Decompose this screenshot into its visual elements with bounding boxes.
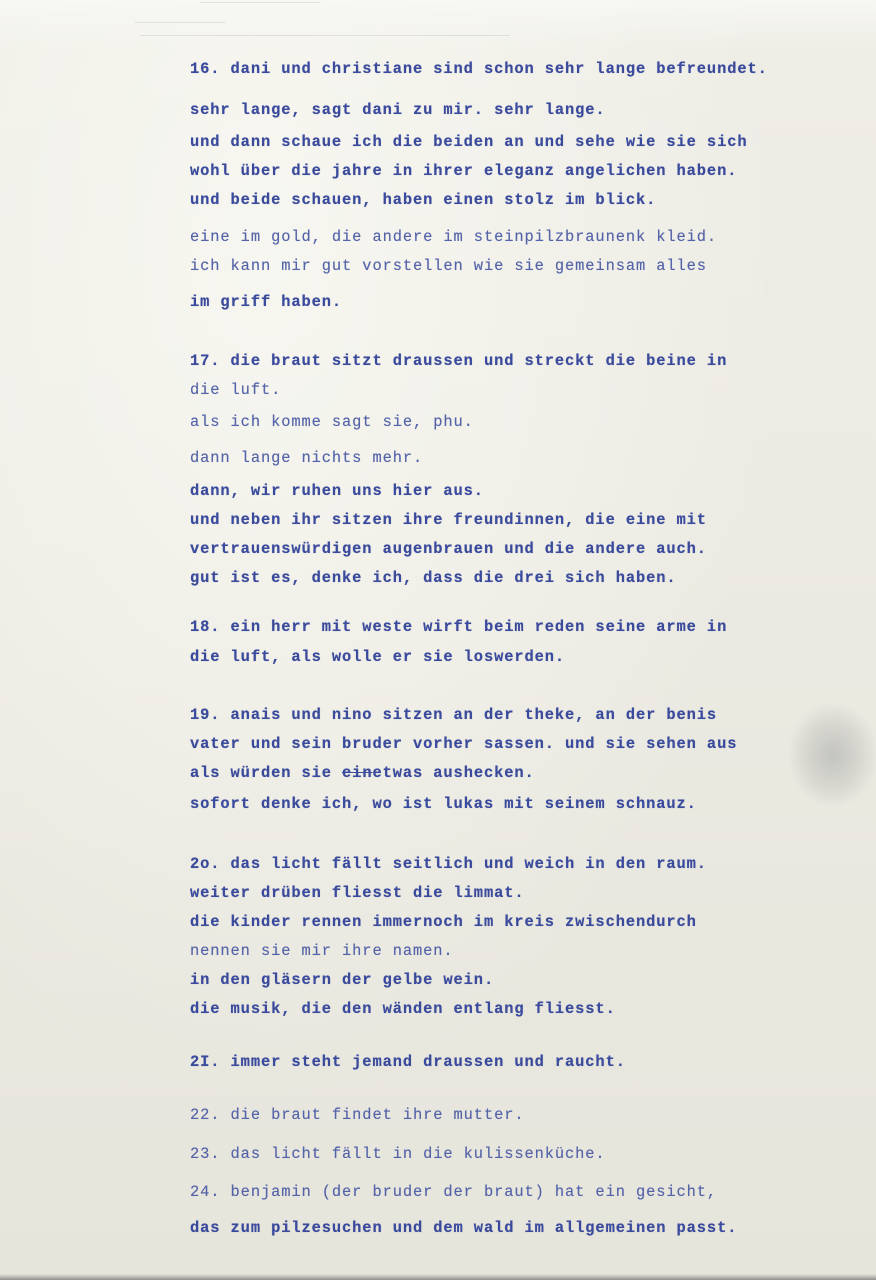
section-17-line-7: vertrauenswürdigen augenbrauen und die a…	[190, 540, 707, 558]
section-16-line-4: wohl über die jahre in ihrer eleganz ang…	[190, 162, 737, 180]
section-17-line-3: als ich komme sagt sie, phu.	[190, 413, 474, 431]
section-24-line-2: das zum pilzesuchen und dem wald im allg…	[190, 1219, 737, 1237]
paper-bottom-edge	[0, 1274, 876, 1280]
section-23-line-1: 23. das licht fällt in die kulissenküche…	[190, 1145, 606, 1163]
section-20-line-5: in den gläsern der gelbe wein.	[190, 971, 494, 989]
section-24-line-1: 24. benjamin (der bruder der braut) hat …	[190, 1183, 717, 1201]
section-17-line-5: dann, wir ruhen uns hier aus.	[190, 482, 484, 500]
section-16-line-2: sehr lange, sagt dani zu mir. sehr lange…	[190, 101, 606, 119]
section-17-line-2: die luft.	[190, 381, 281, 399]
section-20-line-4: nennen sie mir ihre namen.	[190, 942, 454, 960]
section-18-line-1: 18. ein herr mit weste wirft beim reden …	[190, 618, 727, 636]
section-19-line-1: 19. anais und nino sitzen an der theke, …	[190, 706, 717, 724]
section-16-line-7: ich kann mir gut vorstellen wie sie geme…	[190, 257, 707, 275]
section-16-line-1: 16. dani und christiane sind schon sehr …	[190, 60, 768, 78]
struck-out-text: ein	[342, 764, 372, 782]
section-17-line-8: gut ist es, denke ich, dass die drei sic…	[190, 569, 677, 587]
section-19-line-3: als würden sie einetwas aushecken.	[190, 764, 535, 782]
ghost-text-from-previous-page	[0, 0, 876, 50]
section-20-line-6: die musik, die den wänden entlang fliess…	[190, 1000, 616, 1018]
section-20-line-3: die kinder rennen immernoch im kreis zwi…	[190, 913, 697, 931]
section-17-line-4: dann lange nichts mehr.	[190, 449, 423, 467]
line-end: etwas aushecken.	[372, 764, 534, 782]
section-18-line-2: die luft, als wolle er sie loswerden.	[190, 648, 565, 666]
section-16-line-6: eine im gold, die andere im steinpilzbra…	[190, 228, 717, 246]
section-16-line-5: und beide schauen, haben einen stolz im …	[190, 191, 656, 209]
section-16-line-3: und dann schaue ich die beiden an und se…	[190, 133, 747, 151]
section-16-line-8: im griff haben.	[190, 293, 342, 311]
section-17-line-1: 17. die braut sitzt draussen und streckt…	[190, 352, 727, 370]
section-19-line-2: vater und sein bruder vorher sassen. und…	[190, 735, 737, 753]
section-22-line-1: 22. die braut findet ihre mutter.	[190, 1106, 524, 1124]
section-17-line-6: und neben ihr sitzen ihre freundinnen, d…	[190, 511, 707, 529]
section-20-line-1: 2o. das licht fällt seitlich und weich i…	[190, 855, 707, 873]
ink-smudge	[790, 705, 876, 805]
section-21-line-1: 2I. immer steht jemand draussen und rauc…	[190, 1053, 626, 1071]
line-start: als würden sie	[190, 764, 342, 782]
section-20-line-2: weiter drüben fliesst die limmat.	[190, 884, 524, 902]
section-19-line-4: sofort denke ich, wo ist lukas mit seine…	[190, 795, 697, 813]
